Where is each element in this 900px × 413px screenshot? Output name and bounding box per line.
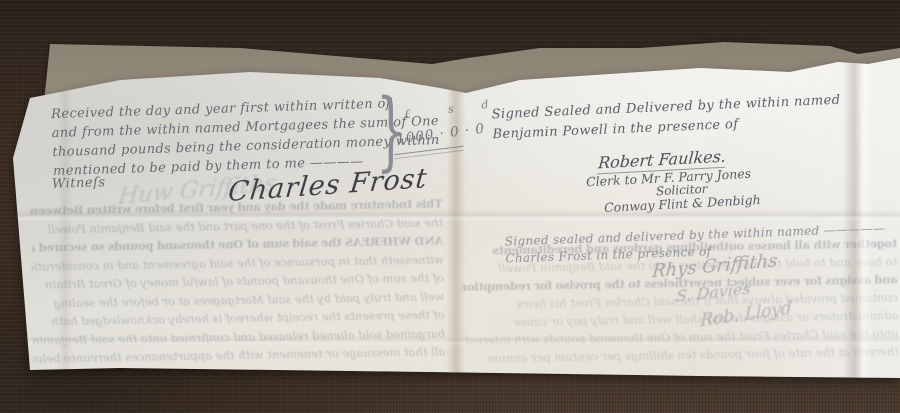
parchment-document: This Indenture made the day and year fir… xyxy=(0,0,900,413)
show-through-text-left: This Indenture made the day and year fir… xyxy=(31,194,446,368)
show-through-line: of these presents the receipt whereof is… xyxy=(33,305,445,331)
show-through-line: unto the said Charles Frost the sum of O… xyxy=(463,324,899,350)
faint-witness-signature-3: Rob. Lloyd xyxy=(700,298,792,331)
show-through-line: AND WHEREAS the said sum of One thousand… xyxy=(31,231,443,257)
witness-label: Witneſs xyxy=(52,175,106,192)
attestation-powell: Signed Sealed and Delivered by the withi… xyxy=(491,91,841,146)
right-fold-crease xyxy=(843,0,873,413)
show-through-line: all that messuage or tenement with the a… xyxy=(33,342,445,368)
show-through-line: administrators or assigns do and shall w… xyxy=(462,306,898,332)
show-through-line: witnesseth that in pursuance of the said… xyxy=(32,250,444,276)
witness-address-line: Conway Flint & Denbigh xyxy=(604,192,761,215)
horizontal-crease-lower xyxy=(0,336,900,346)
horizontal-crease-upper xyxy=(0,210,900,222)
center-fold-crease xyxy=(447,0,465,413)
photograph-of-indenture: This Indenture made the day and year fir… xyxy=(0,0,900,413)
faint-witness-signature-2: S. Davies xyxy=(676,279,752,306)
show-through-line: of the sum of One thousand pounds of law… xyxy=(32,268,444,294)
show-through-line: the said Charles Frost of the one part a… xyxy=(31,213,443,239)
show-through-line: well and truly paid by the said Mortgage… xyxy=(32,287,444,313)
parchment-wrap: This Indenture made the day and year fir… xyxy=(0,0,900,413)
left-faint-crease xyxy=(58,0,72,413)
show-through-line: thereon at the rate of four pounds ten s… xyxy=(463,342,899,368)
show-through-line: bargained sold aliened released and conf… xyxy=(33,324,445,350)
